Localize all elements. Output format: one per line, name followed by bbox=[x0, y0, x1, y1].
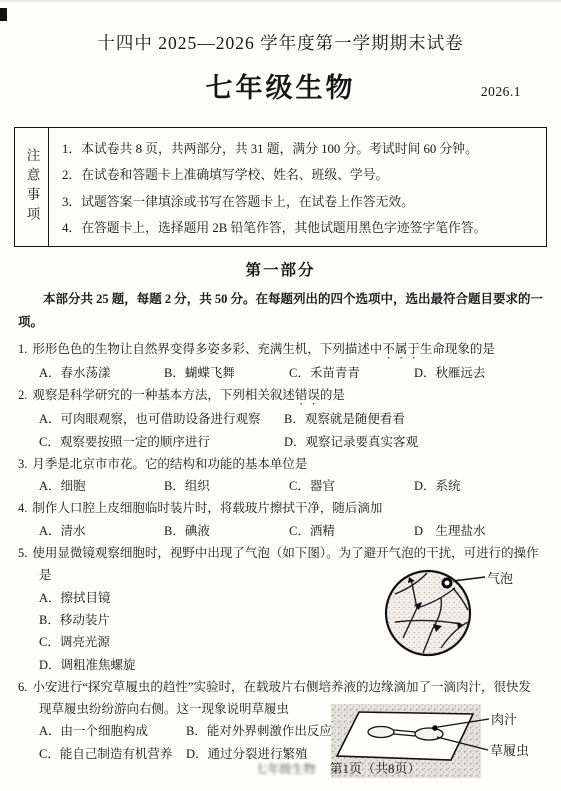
question-3-stem: 3.月季是北京市市花。它的结构和功能的基本单位是 bbox=[18, 453, 543, 475]
notice-box: 注意事项 1．本试卷共 8 页，共两部分，共 31 题，满分 100 分。考试时… bbox=[14, 127, 547, 247]
emphasized-text: 不属于 bbox=[382, 342, 420, 356]
question-number: 4. bbox=[18, 501, 27, 515]
notice-item: 4．在答题卡上，选择题用 2B 铅笔作答，其他试题用黑色字迹签字笔作答。 bbox=[62, 217, 536, 236]
question-number: 6. bbox=[18, 680, 27, 694]
exam-title: 十四中 2025—2026 学年度第一学期期末试卷 bbox=[0, 30, 561, 55]
question-number: 5. bbox=[18, 546, 27, 560]
part-intro: 本部分共 25 题，每题 2 分，共 50 分。在每题列出的四个选项中，选出最符… bbox=[18, 288, 543, 334]
question-1-options: A．春水荡漾 B．蝴蝶飞舞 C．禾苗青青 D．秋雁远去 bbox=[18, 362, 543, 384]
bubble-label: 气泡 bbox=[487, 571, 513, 586]
question-4: 4.制作人口腔上皮细胞临时装片时，将载玻片擦拭干净，随后滴加 A．清水 B．碘液… bbox=[18, 497, 543, 542]
question-2-options-row2: C．观察要按照一定的顺序进行 D．观察记录要真实客观 bbox=[18, 431, 543, 453]
question-4-option-b: B．碘液 bbox=[164, 520, 289, 542]
question-3-options: A．细胞 B．组织 C．器官 D．系统 bbox=[18, 475, 543, 497]
meat-juice-drop-icon bbox=[432, 725, 438, 731]
scan-corner-mark bbox=[0, 8, 7, 21]
question-6-option-a: A．由一个细胞构成 bbox=[39, 720, 186, 742]
question-1-stem: 1.形形色色的生物让自然界变得多姿多彩、充满生机，下列描述中不属于生命现象的是 bbox=[18, 338, 543, 362]
question-2-option-c: C．观察要按照一定的顺序进行 bbox=[39, 431, 284, 453]
question-6-option-b: B．能对外界刺激作出反应 bbox=[186, 720, 332, 742]
question-1-option-c: C．禾苗青青 bbox=[289, 362, 414, 384]
meat-juice-label: 肉汁 bbox=[491, 712, 517, 727]
question-2: 2.观察是科学研究的一种基本方法，下列相关叙述错误的是 A．可肉眼观察，也可借助… bbox=[18, 384, 543, 453]
paramecium-label: 草履虫 bbox=[490, 743, 529, 758]
question-3: 3.月季是北京市市花。它的结构和功能的基本单位是 A．细胞 B．组织 C．器官 … bbox=[18, 453, 543, 498]
notice-label: 注意事项 bbox=[15, 128, 49, 246]
question-2-options-row1: A．可肉眼观察，也可借助设备进行观察 B．观察就是随便看看 bbox=[18, 408, 543, 430]
emphasized-text: 错误 bbox=[295, 388, 320, 402]
footer-doc-name: 七年级生物 bbox=[255, 762, 315, 776]
notice-item: 3．试题答案一律填涂或书写在答题卡上，在试卷上作答无效。 bbox=[62, 191, 536, 210]
part-title: 第一部分 bbox=[0, 258, 561, 280]
question-3-option-d: D．系统 bbox=[414, 475, 461, 497]
subject-title: 七年级生物 bbox=[206, 73, 356, 103]
question-4-options: A．清水 B．碘液 C．酒精 D 生理盐水 bbox=[18, 520, 543, 542]
question-2-option-b: B．观察就是随便看看 bbox=[284, 408, 405, 430]
question-1: 1.形形色色的生物让自然界变得多姿多彩、充满生机，下列描述中不属于生命现象的是 … bbox=[18, 338, 543, 384]
stem-text: 生命现象的是 bbox=[420, 342, 495, 356]
question-1-option-a: A．春水荡漾 bbox=[39, 362, 164, 384]
question-3-option-b: B．组织 bbox=[164, 475, 289, 497]
glass-slide bbox=[337, 712, 473, 760]
field-of-view bbox=[386, 571, 470, 655]
notice-item: 2．在试卷和答题卡上准确填写学校、姓名、班级、学号。 bbox=[62, 164, 536, 183]
notice-items: 1．本试卷共 8 页，共两部分，共 31 题，满分 100 分。考试时间 60 … bbox=[49, 128, 546, 246]
stem-text: 的是 bbox=[320, 388, 345, 402]
question-6: 6.小安进行“探究草履虫的趋性”实验时，在载玻片右侧培养液的边缘滴加了一滴肉汁，… bbox=[18, 676, 543, 765]
air-bubble-icon bbox=[443, 579, 451, 587]
question-4-option-c: C．酒精 bbox=[289, 520, 414, 542]
scan-edge bbox=[0, 0, 561, 2]
question-1-option-d: D．秋雁远去 bbox=[414, 362, 486, 384]
question-1-option-b: B．蝴蝶飞舞 bbox=[164, 362, 289, 384]
microscope-field-figure: 气泡 bbox=[383, 566, 535, 658]
leader-line bbox=[453, 577, 485, 581]
question-4-stem: 4.制作人口腔上皮细胞临时装片时，将载玻片擦拭干净，随后滴加 bbox=[18, 497, 543, 519]
question-number: 3. bbox=[18, 457, 27, 471]
exam-paper-page: 十四中 2025—2026 学年度第一学期期末试卷 七年级生物 2026.1 注… bbox=[0, 0, 561, 791]
question-3-option-c: C．器官 bbox=[289, 475, 414, 497]
question-3-option-a: A．细胞 bbox=[39, 475, 164, 497]
question-2-stem: 2.观察是科学研究的一种基本方法，下列相关叙述错误的是 bbox=[18, 384, 543, 408]
stem-text: 形形色色的生物让自然界变得多姿多彩、充满生机，下列描述中 bbox=[32, 342, 382, 356]
footer-page-number: 第1页（共8页） bbox=[330, 761, 421, 776]
notice-item: 1．本试卷共 8 页，共两部分，共 31 题，满分 100 分。考试时间 60 … bbox=[62, 138, 536, 157]
culture-drop-left bbox=[368, 726, 394, 737]
stem-text: 月季是北京市市花。它的结构和功能的基本单位是 bbox=[32, 457, 307, 471]
stem-text: 观察是科学研究的一种基本方法，下列相关叙述 bbox=[32, 388, 295, 402]
question-2-option-d: D．观察记录要真实客观 bbox=[284, 431, 418, 453]
question-2-option-a: A．可肉眼观察，也可借助设备进行观察 bbox=[39, 408, 284, 430]
question-5: 5.使用显微镜观察细胞时，视野中出现了气泡（如下图）。为了避开气泡的干扰，可进行… bbox=[18, 542, 543, 676]
question-4-option-d: D 生理盐水 bbox=[414, 520, 486, 542]
stem-text: 制作人口腔上皮细胞临时装片时，将载玻片擦拭干净，随后滴加 bbox=[32, 501, 382, 515]
exam-date: 2026.1 bbox=[481, 84, 521, 100]
question-number: 2. bbox=[18, 388, 27, 402]
question-list: 1.形形色色的生物让自然界变得多姿多彩、充满生机，下列描述中不属于生命现象的是 … bbox=[18, 338, 543, 765]
page-footer: 七年级生物第1页（共8页） bbox=[0, 758, 561, 777]
subject-row: 七年级生物 2026.1 bbox=[0, 66, 561, 102]
question-4-option-a: A．清水 bbox=[39, 520, 164, 542]
culture-drop-right bbox=[415, 728, 443, 740]
question-number: 1. bbox=[18, 342, 27, 356]
